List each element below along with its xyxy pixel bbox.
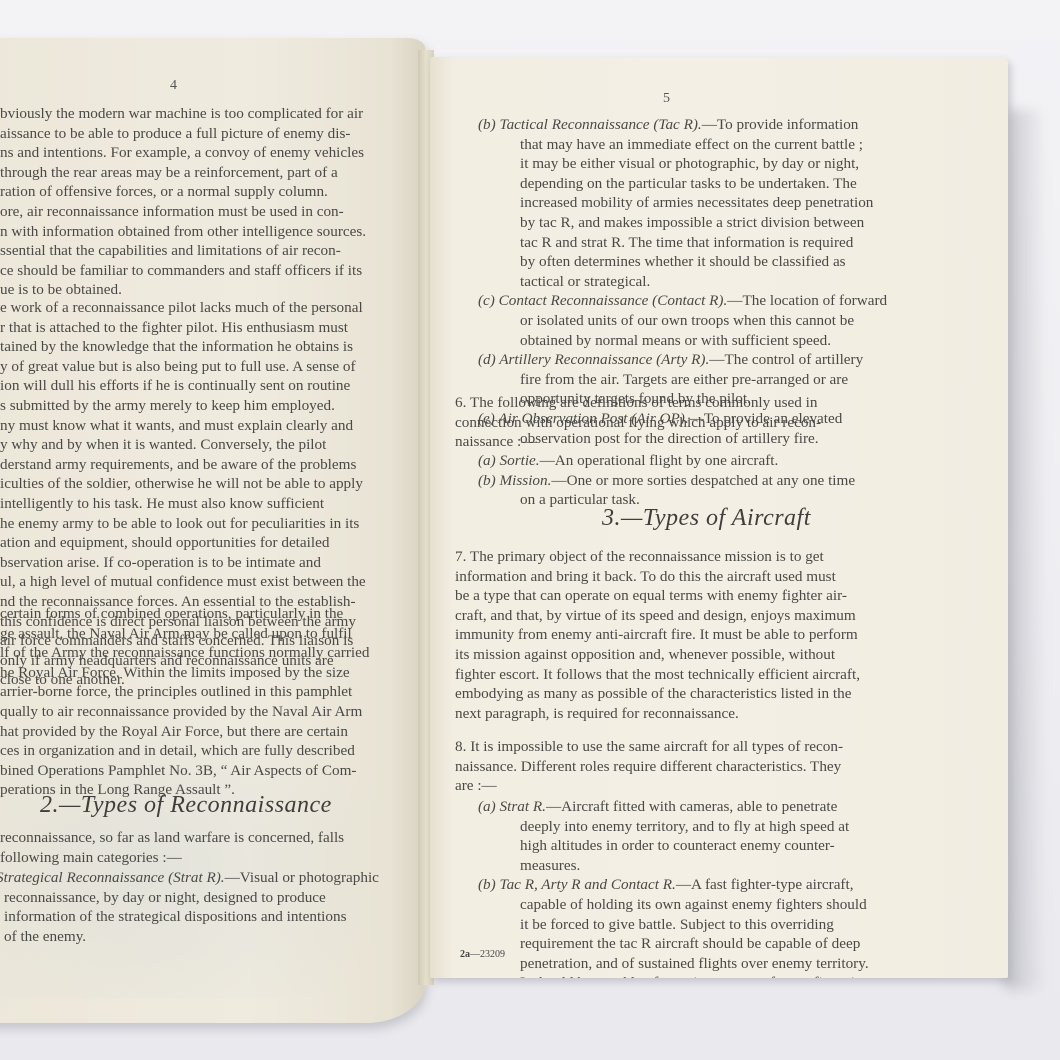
item-text: —To provide information xyxy=(702,116,859,133)
text-line: penetration, and of sustained flights ov… xyxy=(520,954,970,974)
text-line: immunity from enemy anti-aircraft fire. … xyxy=(455,625,970,645)
text-line: aissance to be able to produce a full pi… xyxy=(0,124,398,144)
paragraph: 8. It is impossible to use the same airc… xyxy=(455,737,970,796)
item-title: Strat R. xyxy=(500,798,546,815)
text-line: naissance :— xyxy=(455,432,970,452)
text-line: 8. It is impossible to use the same airc… xyxy=(455,737,970,757)
item-title: Contact Reconnaissance (Contact R). xyxy=(499,292,728,309)
text-line: fire from the air. Targets are either pr… xyxy=(520,370,970,390)
text-line: reconnaissance, by day or night, designe… xyxy=(4,888,396,908)
item-text: —A fast fighter-type aircraft, xyxy=(676,876,854,893)
text-line: ion will dull his efforts if he is conti… xyxy=(0,376,398,396)
item-text: —Aircraft fitted with cameras, able to p… xyxy=(546,798,837,815)
text-line: ore, air reconnaissance information must… xyxy=(0,202,398,222)
text-line: connection with operational flying which… xyxy=(455,413,970,433)
text-line: of the enemy. xyxy=(4,927,396,947)
text-line: information of the strategical dispositi… xyxy=(4,907,396,927)
item-title: Sortie. xyxy=(500,452,540,469)
text-line: obtained by normal means or with suffici… xyxy=(520,331,970,351)
text-line: tained by the knowledge that the informa… xyxy=(0,337,398,357)
text-line: that may have an immediate effect on the… xyxy=(520,135,970,155)
text-line: It should be capable of carrying cameras… xyxy=(520,973,970,978)
text-line: ns and intentions. For example, a convoy… xyxy=(0,143,398,163)
text-line: through the rear areas may be a reinforc… xyxy=(0,163,398,183)
item-label: (b) xyxy=(478,116,500,133)
list-item: (a) Sortie.—An operational flight by one… xyxy=(500,451,970,471)
text-line: 6. The following are definitions of term… xyxy=(455,393,970,413)
text-line: ssential that the capabilities and limit… xyxy=(0,241,398,261)
text-line: its mission against opposition and, when… xyxy=(455,645,970,665)
text-line: ue is to be obtained. xyxy=(0,280,398,300)
definitions-list: (a) Sortie.—An operational flight by one… xyxy=(500,451,970,510)
text-line: ration of offensive forces, or a normal … xyxy=(0,182,398,202)
page-number: 5 xyxy=(663,89,670,109)
text-line: hat provided by the Royal Air Force, but… xyxy=(0,722,398,742)
list-item: (b) Tac R, Arty R and Contact R.—A fast … xyxy=(500,875,970,978)
text-line: are :— xyxy=(455,776,970,796)
list-item: (b) Tactical Reconnaissance (Tac R).—To … xyxy=(500,115,970,291)
left-page: 4 bviously the modern war machine is too… xyxy=(0,38,425,1023)
text-line: craft, and that, by virtue of its speed … xyxy=(455,606,970,626)
text-line: bined Operations Pamphlet No. 3B, “ Air … xyxy=(0,761,398,781)
text-line: capable of holding its own against enemy… xyxy=(520,895,970,915)
text-line: next paragraph, is required for reconnai… xyxy=(455,704,970,724)
item-title: Strategical Reconnaissance (Strat R). xyxy=(0,869,225,886)
text-line: he enemy army to be able to look out for… xyxy=(0,514,398,534)
print-code: 2a—23209 xyxy=(460,949,505,960)
item-label: (d) xyxy=(478,351,499,368)
text-line: requirement the tac R aircraft should be… xyxy=(520,934,970,954)
text-line: certain forms of combined operations, pa… xyxy=(0,604,398,624)
text-line: y why and by when it is wanted. Converse… xyxy=(0,435,398,455)
text-line: 7. The primary object of the reconnaissa… xyxy=(455,547,970,567)
item-text: —The location of forward xyxy=(727,292,887,309)
text-line: y of great value but is also being put t… xyxy=(0,357,398,377)
item-title: Mission. xyxy=(500,472,552,489)
text-line: bservation arise. If co-operation is to … xyxy=(0,553,398,573)
text-line: ul, a high level of mutual confidence mu… xyxy=(0,572,398,592)
text-line: intelligently to his task. He must also … xyxy=(0,494,398,514)
paragraph: reconnaissance, so far as land warfare i… xyxy=(0,828,398,867)
item-title: Tac R, Arty R and Contact R. xyxy=(500,876,676,893)
text-line: iculties of the soldier, otherwise he wi… xyxy=(0,474,398,494)
text-line: he Royal Air Force. Within the limits im… xyxy=(0,663,398,683)
item-label: (b) xyxy=(478,472,500,489)
list-item: (a) Strat R.—Aircraft fitted with camera… xyxy=(500,797,970,875)
text-line: tac R and strat R. The time that informa… xyxy=(520,233,970,253)
paragraph: bviously the modern war machine is too c… xyxy=(0,104,398,300)
text-line: or isolated units of our own troops when… xyxy=(520,311,970,331)
item-label: (a) xyxy=(478,798,500,815)
text-line: r that is attached to the fighter pilot.… xyxy=(0,318,398,338)
print-code-bold: 2a xyxy=(460,949,470,960)
list-aircraft-roles: (a) Strat R.—Aircraft fitted with camera… xyxy=(500,797,970,978)
text-line: deeply into enemy territory, and to fly … xyxy=(520,817,970,837)
text-line: ny must know what it wants, and must exp… xyxy=(0,416,398,436)
text-line: depending on the particular tasks to be … xyxy=(520,174,970,194)
text-line: high altitudes in order to counteract en… xyxy=(520,836,970,856)
item-text: —One or more sorties despatched at any o… xyxy=(551,472,855,489)
text-line: ation and equipment, should opportunitie… xyxy=(0,533,398,553)
text-line: arrier-borne force, the principles outli… xyxy=(0,682,398,702)
item-label: (c) xyxy=(478,292,499,309)
text-line: ces in organization and in detail, which… xyxy=(0,741,398,761)
section-heading: 2.—Types of Reconnaissance xyxy=(40,792,332,819)
page-shadow xyxy=(1005,110,1045,990)
text-line: reconnaissance, so far as land warfare i… xyxy=(0,828,398,848)
text-line: s submitted by the army merely to keep h… xyxy=(0,396,398,416)
item-label: (a) xyxy=(478,452,500,469)
item-title: Tactical Reconnaissance (Tac R). xyxy=(500,116,702,133)
right-page: 5 (b) Tactical Reconnaissance (Tac R).—T… xyxy=(430,57,1008,978)
section-heading: 3.—Types of Aircraft xyxy=(602,505,811,532)
page-number: 4 xyxy=(170,76,177,96)
text-line: naissance. Different roles require diffe… xyxy=(455,757,970,777)
paragraph: 6. The following are definitions of term… xyxy=(455,393,970,452)
text-line: n with information obtained from other i… xyxy=(0,222,398,242)
text-line: it may be either visual or photographic,… xyxy=(520,154,970,174)
text-line: increased mobility of armies necessitate… xyxy=(520,193,970,213)
text-line: it be forced to give battle. Subject to … xyxy=(520,915,970,935)
item-text: —The control of artillery xyxy=(709,351,863,368)
list-item: (b) Mission.—One or more sorties despatc… xyxy=(500,471,970,510)
text-line: measures. xyxy=(520,856,970,876)
text-line: bviously the modern war machine is too c… xyxy=(0,104,398,124)
text-line: e work of a reconnaissance pilot lacks m… xyxy=(0,298,398,318)
text-line: tactical or strategical. xyxy=(520,272,970,292)
text-line: following main categories :— xyxy=(0,848,398,868)
text-line: by often determines whether it should be… xyxy=(520,252,970,272)
text-line: information and bring it back. To do thi… xyxy=(455,567,970,587)
text-line: embodying as many as possible of the cha… xyxy=(455,684,970,704)
list-item: (c) Contact Reconnaissance (Contact R).—… xyxy=(500,291,970,350)
text-line: lf of the Army the reconnaissance functi… xyxy=(0,643,398,663)
item-text: —Visual or photographic xyxy=(225,869,379,886)
list-item: Strategical Reconnaissance (Strat R).—Vi… xyxy=(0,868,396,946)
text-line: by tac R, and makes impossible a strict … xyxy=(520,213,970,233)
item-title: Artillery Reconnaissance (Arty R). xyxy=(499,351,709,368)
text-line: ge assault, the Naval Air Arm may be cal… xyxy=(0,624,398,644)
paragraph: 7. The primary object of the reconnaissa… xyxy=(455,547,970,723)
text-line: fighter escort. It follows that the most… xyxy=(455,665,970,685)
print-code-number: —23209 xyxy=(470,949,505,960)
text-line: qually to air reconnaissance provided by… xyxy=(0,702,398,722)
text-line: ce should be familiar to commanders and … xyxy=(0,261,398,281)
item-text: —An operational flight by one aircraft. xyxy=(540,452,779,469)
text-line: derstand army requirements, and be aware… xyxy=(0,455,398,475)
item-label: (b) xyxy=(478,876,500,893)
paragraph: certain forms of combined operations, pa… xyxy=(0,604,398,800)
text-line: be a type that can operate on equal term… xyxy=(455,586,970,606)
